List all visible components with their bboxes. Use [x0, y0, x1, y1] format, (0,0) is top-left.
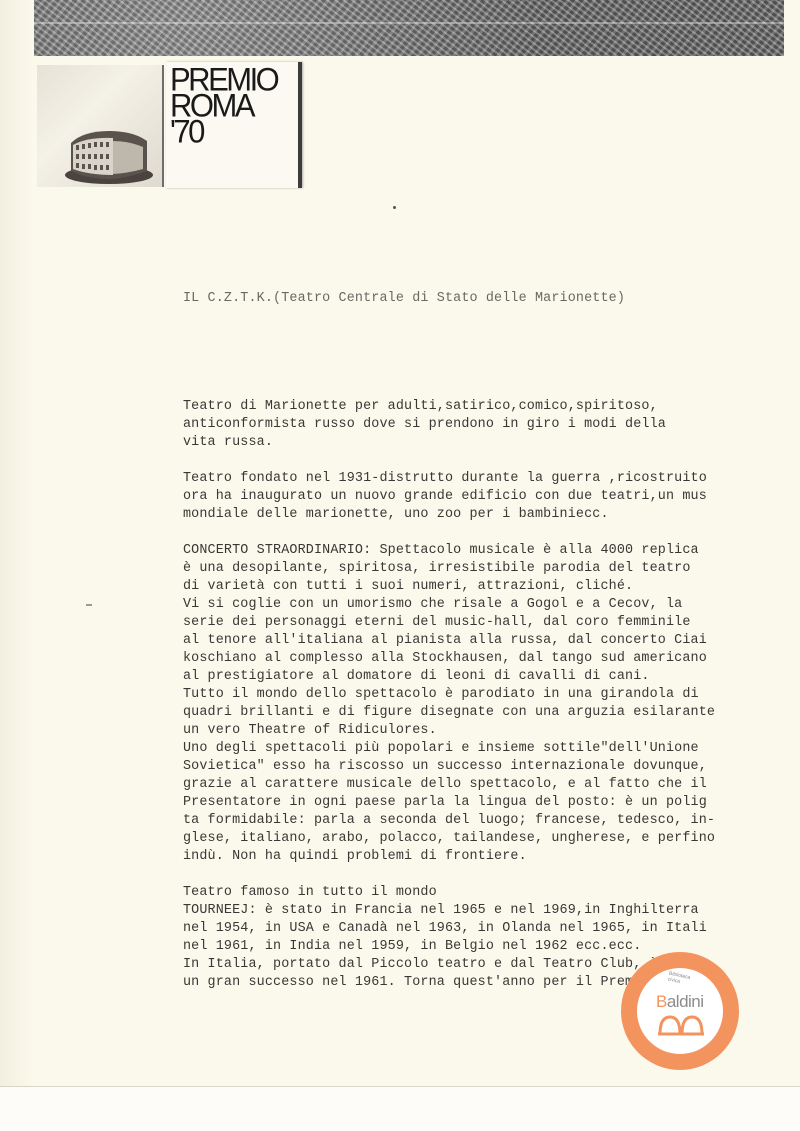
- text-line: al tenore all'italiana al pianista alla …: [183, 632, 793, 650]
- text-line: quadri brillanti e di figure disegnate c…: [183, 704, 793, 722]
- text-line: serie dei personaggi eterni del music-ha…: [183, 614, 793, 632]
- paragraphs: Teatro di Marionette per adulti,satirico…: [183, 398, 793, 992]
- scanned-header-band: [34, 0, 784, 56]
- text-line: Teatro fondato nel 1931-distrutto durant…: [183, 470, 793, 488]
- stamp-small-text: Biblioteca civica: [667, 971, 703, 990]
- typewritten-body: IL C.Z.T.K.(Teatro Centrale di Stato del…: [183, 254, 793, 1028]
- open-book-icon: [658, 1014, 704, 1036]
- colosseum-photo: [37, 65, 162, 187]
- text-line: indù. Non ha quindi problemi di frontier…: [183, 848, 793, 866]
- text-line: un vero Theatre of Ridiculores.: [183, 722, 793, 740]
- colosseum-icon: [63, 123, 155, 185]
- library-stamp: Biblioteca civica Baldini: [621, 952, 739, 1070]
- text-line: TOURNEEJ: è stato in Francia nel 1965 e …: [183, 902, 793, 920]
- text-line: Teatro di Marionette per adulti,satirico…: [183, 398, 793, 416]
- text-line: al prestigiatore al domatore di leoni di…: [183, 668, 793, 686]
- text-line: koschiano al complesso alla Stockhausen,…: [183, 650, 793, 668]
- text-line: Teatro famoso in tutto il mondo: [183, 884, 793, 902]
- text-line: ta formidabile: parla a seconda del luog…: [183, 812, 793, 830]
- text-line: nel 1961, in India nel 1959, in Belgio n…: [183, 938, 793, 956]
- text-line: vita russa.: [183, 434, 793, 452]
- text-line: di varietà con tutti i suoi numeri, attr…: [183, 578, 793, 596]
- speck: [393, 206, 396, 209]
- stamp-name-rest: aldini: [667, 992, 704, 1011]
- text-line: Vi si coglie con un umorismo che risale …: [183, 596, 793, 614]
- logo-line: '70: [170, 117, 203, 145]
- page-edge: [0, 0, 32, 1086]
- text-line: Presentatore in ogni paese parla la ling…: [183, 794, 793, 812]
- text-line: ora ha inaugurato un nuovo grande edific…: [183, 488, 793, 506]
- stamp-name: Baldini: [656, 992, 704, 1012]
- margin-mark: [86, 604, 92, 606]
- text-line: Tutto il mondo dello spettacolo è parodi…: [183, 686, 793, 704]
- document-page: PREMIO ROMA '70 IL C.Z.T.K.(Teatro Centr…: [0, 0, 800, 1087]
- text-line: glese, italiano, arabo, polacco, tailand…: [183, 830, 793, 848]
- text-line: nel 1954, in USA e Canadà nel 1963, in O…: [183, 920, 793, 938]
- paragraph: Teatro fondato nel 1931-distrutto durant…: [183, 470, 793, 524]
- text-line: Sovietica" esso ha riscosso un successo …: [183, 758, 793, 776]
- text-line: è una desopilante, spiritosa, irresistib…: [183, 560, 793, 578]
- text-line: CONCERTO STRAORDINARIO: Spettacolo music…: [183, 542, 793, 560]
- text-line: mondiale delle marionette, uno zoo per i…: [183, 506, 793, 524]
- text-line: anticonformista russo dove si prendono i…: [183, 416, 793, 434]
- document-heading: IL C.Z.T.K.(Teatro Centrale di Stato del…: [183, 290, 793, 308]
- paragraph: Teatro di Marionette per adulti,satirico…: [183, 398, 793, 452]
- paragraph: CONCERTO STRAORDINARIO: Spettacolo music…: [183, 542, 793, 866]
- premio-roma-logo: PREMIO ROMA '70: [166, 62, 302, 188]
- text-line: Uno degli spettacoli più popolari e insi…: [183, 740, 793, 758]
- text-line: grazie al carattere musicale dello spett…: [183, 776, 793, 794]
- stamp-initial: B: [656, 992, 667, 1011]
